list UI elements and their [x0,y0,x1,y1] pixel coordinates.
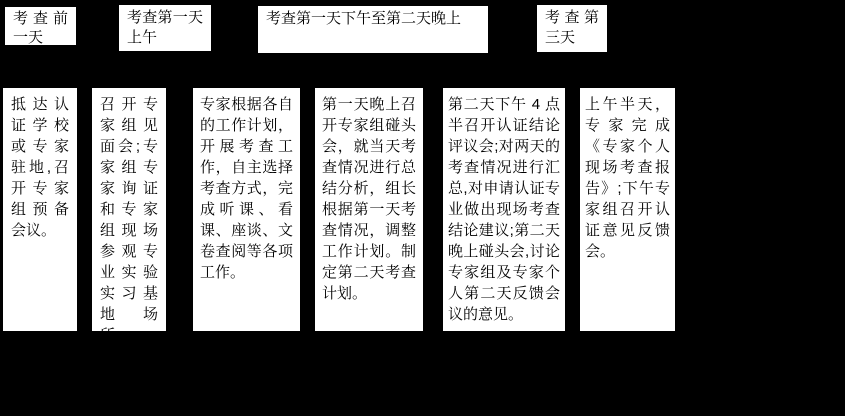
stage-detail-individual-inspection-work: 专家根据各自的工作计划，开展考查工作，自主选择考查方式，完成听课、看课、座谈、文… [193,88,300,331]
stage-detail-day1-evening-summary: 第一天晚上召开专家组碰头会，就当天考查情况进行总结分析，组长根据第一天考查情况，… [315,88,423,331]
stage-detail-day3-report-and-feedback: 上午半天，专家完成《专家个人现场考查报告》;下午专家组召开认证意见反馈会。 [580,88,675,331]
stage-detail-day2-conclusion-review: 第二天下午 4 点半召开认证结论评议会;对两天的考查情况进行汇总,对申请认证专业… [443,88,565,331]
stage-header-day1-afternoon-to-day2-evening: 考查第一天下午至第二天晚上 [258,6,488,53]
inspection-timeline-diagram: 考查前一天 考查第一天上午 考查第一天下午至第二天晚上 考查第三天 抵达认证学校… [0,0,845,416]
stage-detail-arrival-preparation-meeting: 抵达认证学校或专家驻地,召开专家组预备会议。 [3,88,77,331]
stage-header-day1-morning: 考查第一天上午 [119,5,211,51]
stage-detail-meet-and-site-visit: 召开专家组见面会;专家组专家询证和专家组现场参观专业实验实习基地场所。 [92,88,166,331]
stage-header-day3: 考查第三天 [537,5,607,52]
stage-header-day-before: 考查前一天 [5,7,76,45]
